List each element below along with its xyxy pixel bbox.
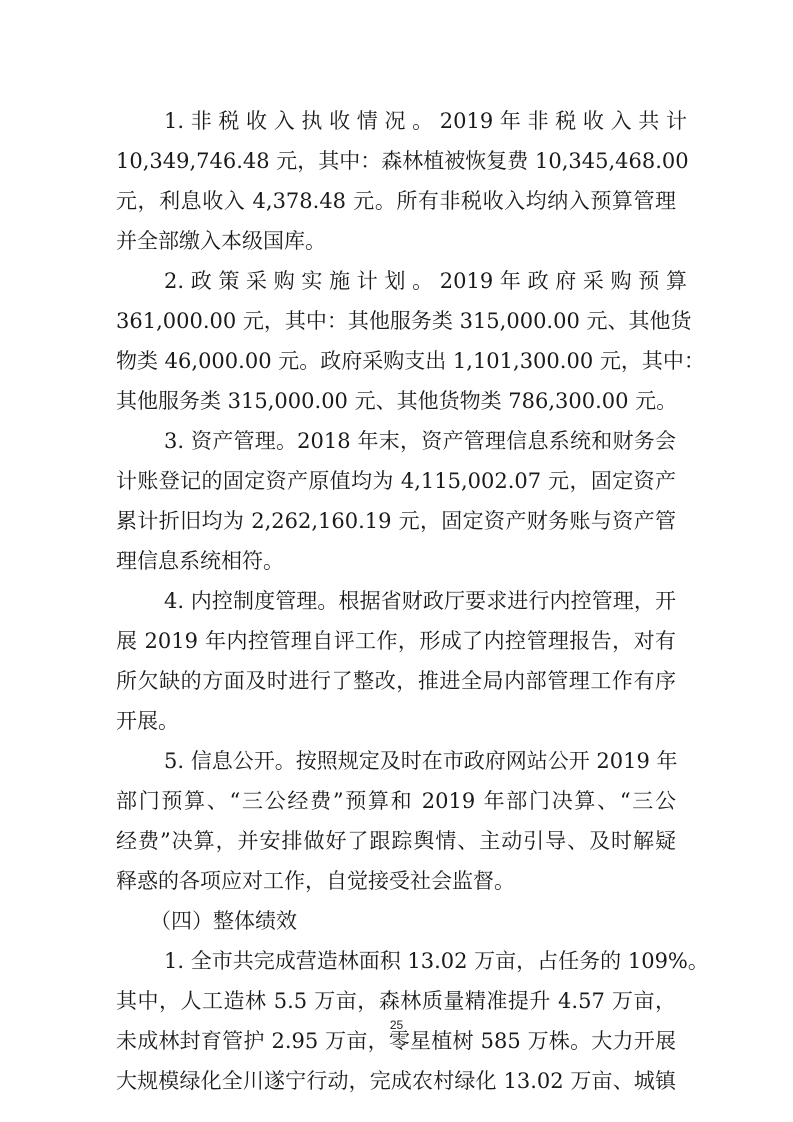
paragraph-line: 开展。 <box>116 706 676 736</box>
paragraph-line: 理信息系统相符。 <box>116 546 676 576</box>
paragraph-line: 所欠缺的方面及时进行了整改，推进全局内部管理工作有序 <box>116 666 676 696</box>
paragraph-line: 展 2019 年内控管理自评工作，形成了内控管理报告，对有 <box>116 626 676 656</box>
paragraph-line: 大规模绿化全川遂宁行动，完成农村绿化 13.02 万亩、城镇 <box>116 1066 676 1096</box>
paragraph-line: 部门预算、“三公经费”预算和 2019 年部门决算、“三公 <box>116 786 676 816</box>
paragraph-line: 元，利息收入 4,378.48 元。所有非税收入均纳入预算管理 <box>116 186 676 216</box>
paragraph-line: 4. 内控制度管理。根据省财政厅要求进行内控管理，开 <box>164 586 676 616</box>
paragraph-line: 物类 46,000.00 元。政府采购支出 1,101,300.00 元，其中： <box>116 346 676 376</box>
paragraph-line: 10,349,746.48 元，其中：森林植被恢复费 10,345,468.00 <box>116 146 676 176</box>
paragraph-line: 并全部缴入本级国库。 <box>116 226 676 256</box>
paragraph-line: 释惑的各项应对工作，自觉接受社会监督。 <box>116 866 676 896</box>
paragraph-line: 1. 全市共完成营造林面积 13.02 万亩，占任务的 109%。 <box>164 946 676 976</box>
paragraph-line: 2. 政 策 采 购 实 施 计 划 。 2019 年 政 府 采 购 预 算 <box>164 266 676 296</box>
section-heading: （四）整体绩效 <box>150 906 450 936</box>
paragraph-line: 经费”决算，并安排做好了跟踪舆情、主动引导、及时解疑 <box>116 826 676 856</box>
document-page: 1. 非 税 收 入 执 收 情 况 。 2019 年 非 税 收 入 共 计 … <box>0 0 793 1122</box>
page-number: 25 <box>0 1018 793 1032</box>
paragraph-line: 其他服务类 315,000.00 元、其他货物类 786,300.00 元。 <box>116 386 676 416</box>
paragraph-line: 5. 信息公开。按照规定及时在市政府网站公开 2019 年 <box>164 746 676 776</box>
paragraph-line: 361,000.00 元，其中：其他服务类 315,000.00 元、其他货 <box>116 306 676 336</box>
paragraph-line: 累计折旧均为 2,262,160.19 元，固定资产财务账与资产管 <box>116 506 676 536</box>
paragraph-line: 3. 资产管理。2018 年末，资产管理信息系统和财务会 <box>164 426 676 456</box>
paragraph-line: 其中，人工造林 5.5 万亩，森林质量精准提升 4.57 万亩， <box>116 986 676 1016</box>
paragraph-line: 1. 非 税 收 入 执 收 情 况 。 2019 年 非 税 收 入 共 计 <box>164 106 676 136</box>
paragraph-line: 计账登记的固定资产原值均为 4,115,002.07 元，固定资产 <box>116 466 676 496</box>
